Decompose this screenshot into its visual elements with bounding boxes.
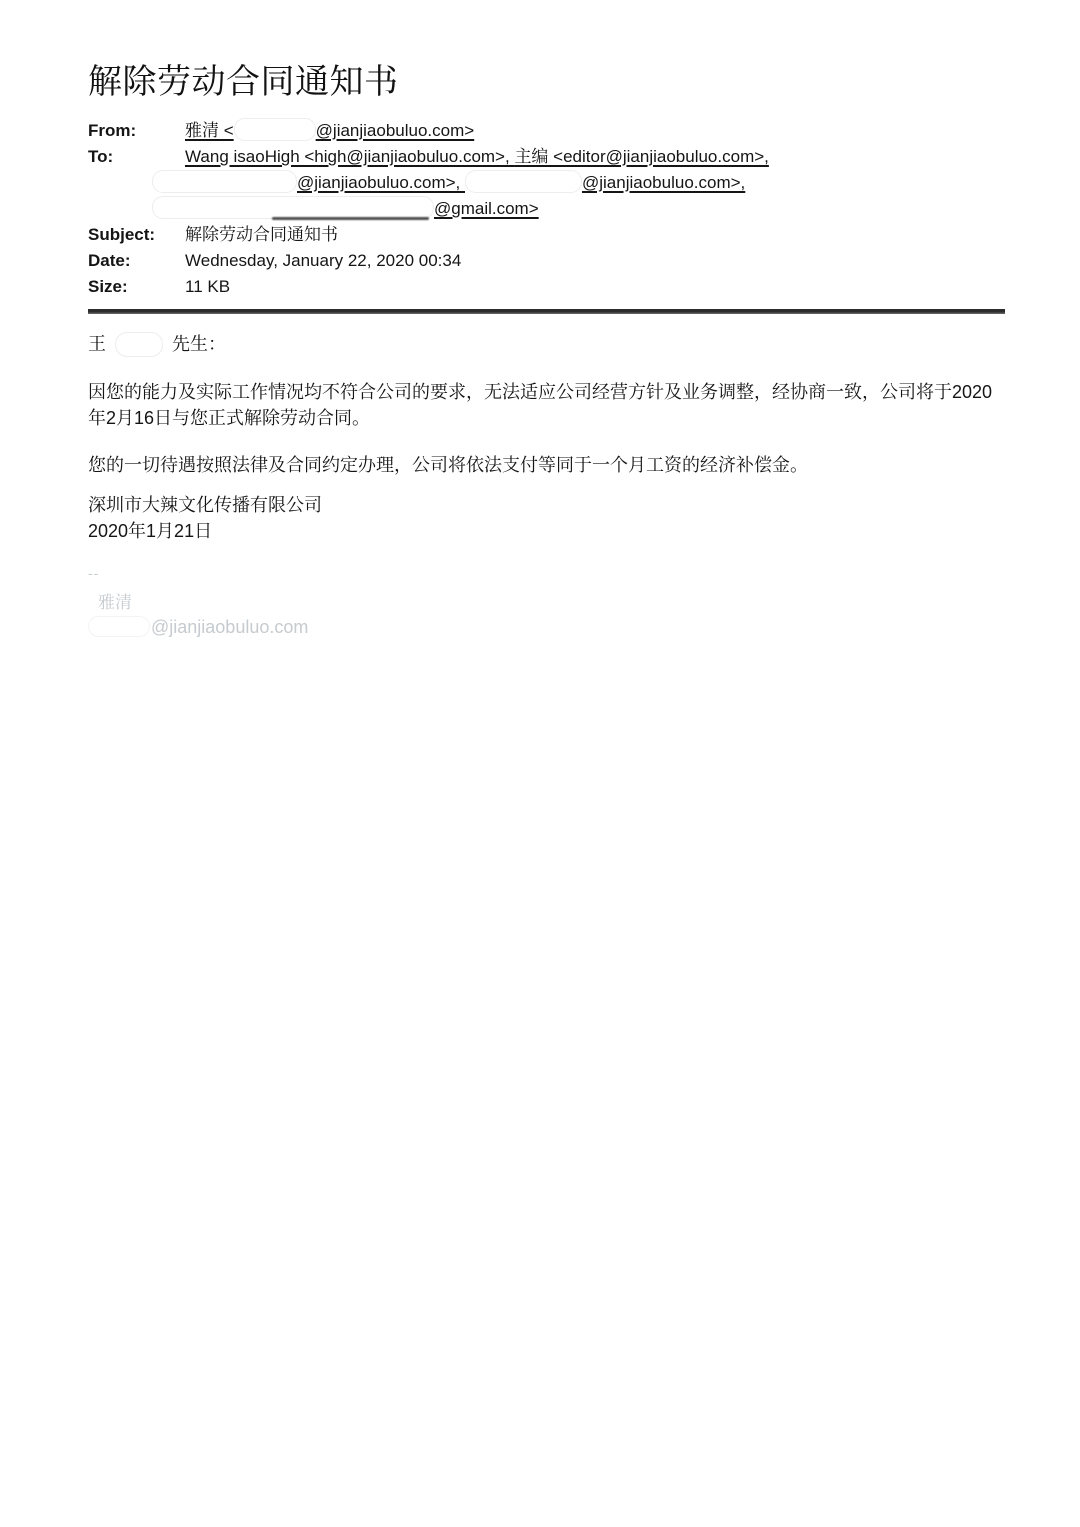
email-message-view: 解除劳动合同通知书 From: 雅清 <@jianjiaobuluo.com> … (0, 0, 1080, 1527)
company-block: 深圳市大辣文化传播有限公司 2020年1月21日 (88, 492, 1002, 544)
to-address-link-5[interactable]: @gmail.com> (434, 199, 539, 218)
to-label: To: (88, 144, 185, 170)
redacted-blur (152, 170, 297, 193)
to-address-link-3[interactable]: @jianjiaobuluo.com>, (297, 173, 465, 192)
body-paragraph-1: 因您的能力及实际工作情况均不符合公司的要求，无法适应公司经营方针及业务调整，经协… (88, 379, 1002, 431)
header-divider (88, 309, 1005, 314)
email-header-fields: From: 雅清 <@jianjiaobuluo.com> To: Wang i… (88, 118, 1005, 300)
to-line-1: Wang isaoHigh <high@jianjiaobuluo.com>, … (185, 144, 1005, 170)
signature-email-domain: @jianjiaobuluo.com (151, 617, 308, 637)
email-body: 王先生： 因您的能力及实际工作情况均不符合公司的要求，无法适应公司经营方针及业务… (88, 331, 1002, 544)
company-name: 深圳市大辣文化传播有限公司 (88, 492, 1002, 518)
signature-separator: -- (88, 565, 1005, 581)
from-row: From: 雅清 <@jianjiaobuluo.com> (88, 118, 1005, 144)
subject-row: Subject: 解除劳动合同通知书 (88, 222, 1005, 248)
to-address-link-4[interactable]: @jianjiaobuluo.com>, (582, 173, 745, 192)
redacted-blur (234, 118, 316, 141)
from-address-domain: @jianjiaobuluo.com> (316, 121, 475, 140)
to-row: To: Wang isaoHigh <high@jianjiaobuluo.co… (88, 144, 1005, 222)
size-row: Size: 11 KB (88, 274, 1005, 300)
subject-value: 解除劳动合同通知书 (185, 222, 1005, 248)
to-line-3: @gmail.com> (185, 196, 1005, 222)
from-value: 雅清 <@jianjiaobuluo.com> (185, 118, 1005, 144)
greeting-suffix: 先生： (172, 331, 226, 357)
date-row: Date: Wednesday, January 22, 2020 00:34 (88, 248, 1005, 274)
to-address-link-1[interactable]: Wang isaoHigh <high@jianjiaobuluo.com>, (185, 147, 514, 166)
from-display-name: 雅清 < (185, 121, 234, 140)
signature-email-line: @jianjiaobuluo.com (88, 616, 1005, 638)
redacted-blur (465, 170, 582, 193)
email-title: 解除劳动合同通知书 (88, 54, 1005, 103)
redacted-blur (152, 196, 434, 219)
redacted-blur (88, 616, 150, 637)
redacted-blur (115, 332, 163, 357)
to-line-2: @jianjiaobuluo.com>, @jianjiaobuluo.com>… (185, 170, 1005, 196)
from-label: From: (88, 118, 185, 144)
subject-label: Subject: (88, 222, 185, 248)
date-label: Date: (88, 248, 185, 274)
to-address-link-2[interactable]: 主编 <editor@jianjiaobuluo.com>, (514, 147, 768, 166)
greeting-line: 王先生： (88, 331, 1002, 357)
from-address-link[interactable]: 雅清 <@jianjiaobuluo.com> (185, 121, 474, 140)
signature-name: 雅清 (98, 588, 1005, 613)
signature-block: -- 雅清 @jianjiaobuluo.com (88, 565, 1005, 638)
greeting-surname: 王 (88, 331, 106, 357)
size-value: 11 KB (185, 274, 1005, 300)
body-paragraph-2: 您的一切待遇按照法律及合同约定办理，公司将依法支付等同于一个月工资的经济补偿金。 (88, 452, 1002, 478)
size-label: Size: (88, 274, 185, 300)
letter-sign-date: 2020年1月21日 (88, 518, 1002, 544)
to-value: Wang isaoHigh <high@jianjiaobuluo.com>, … (185, 144, 1005, 222)
date-value: Wednesday, January 22, 2020 00:34 (185, 248, 1005, 274)
